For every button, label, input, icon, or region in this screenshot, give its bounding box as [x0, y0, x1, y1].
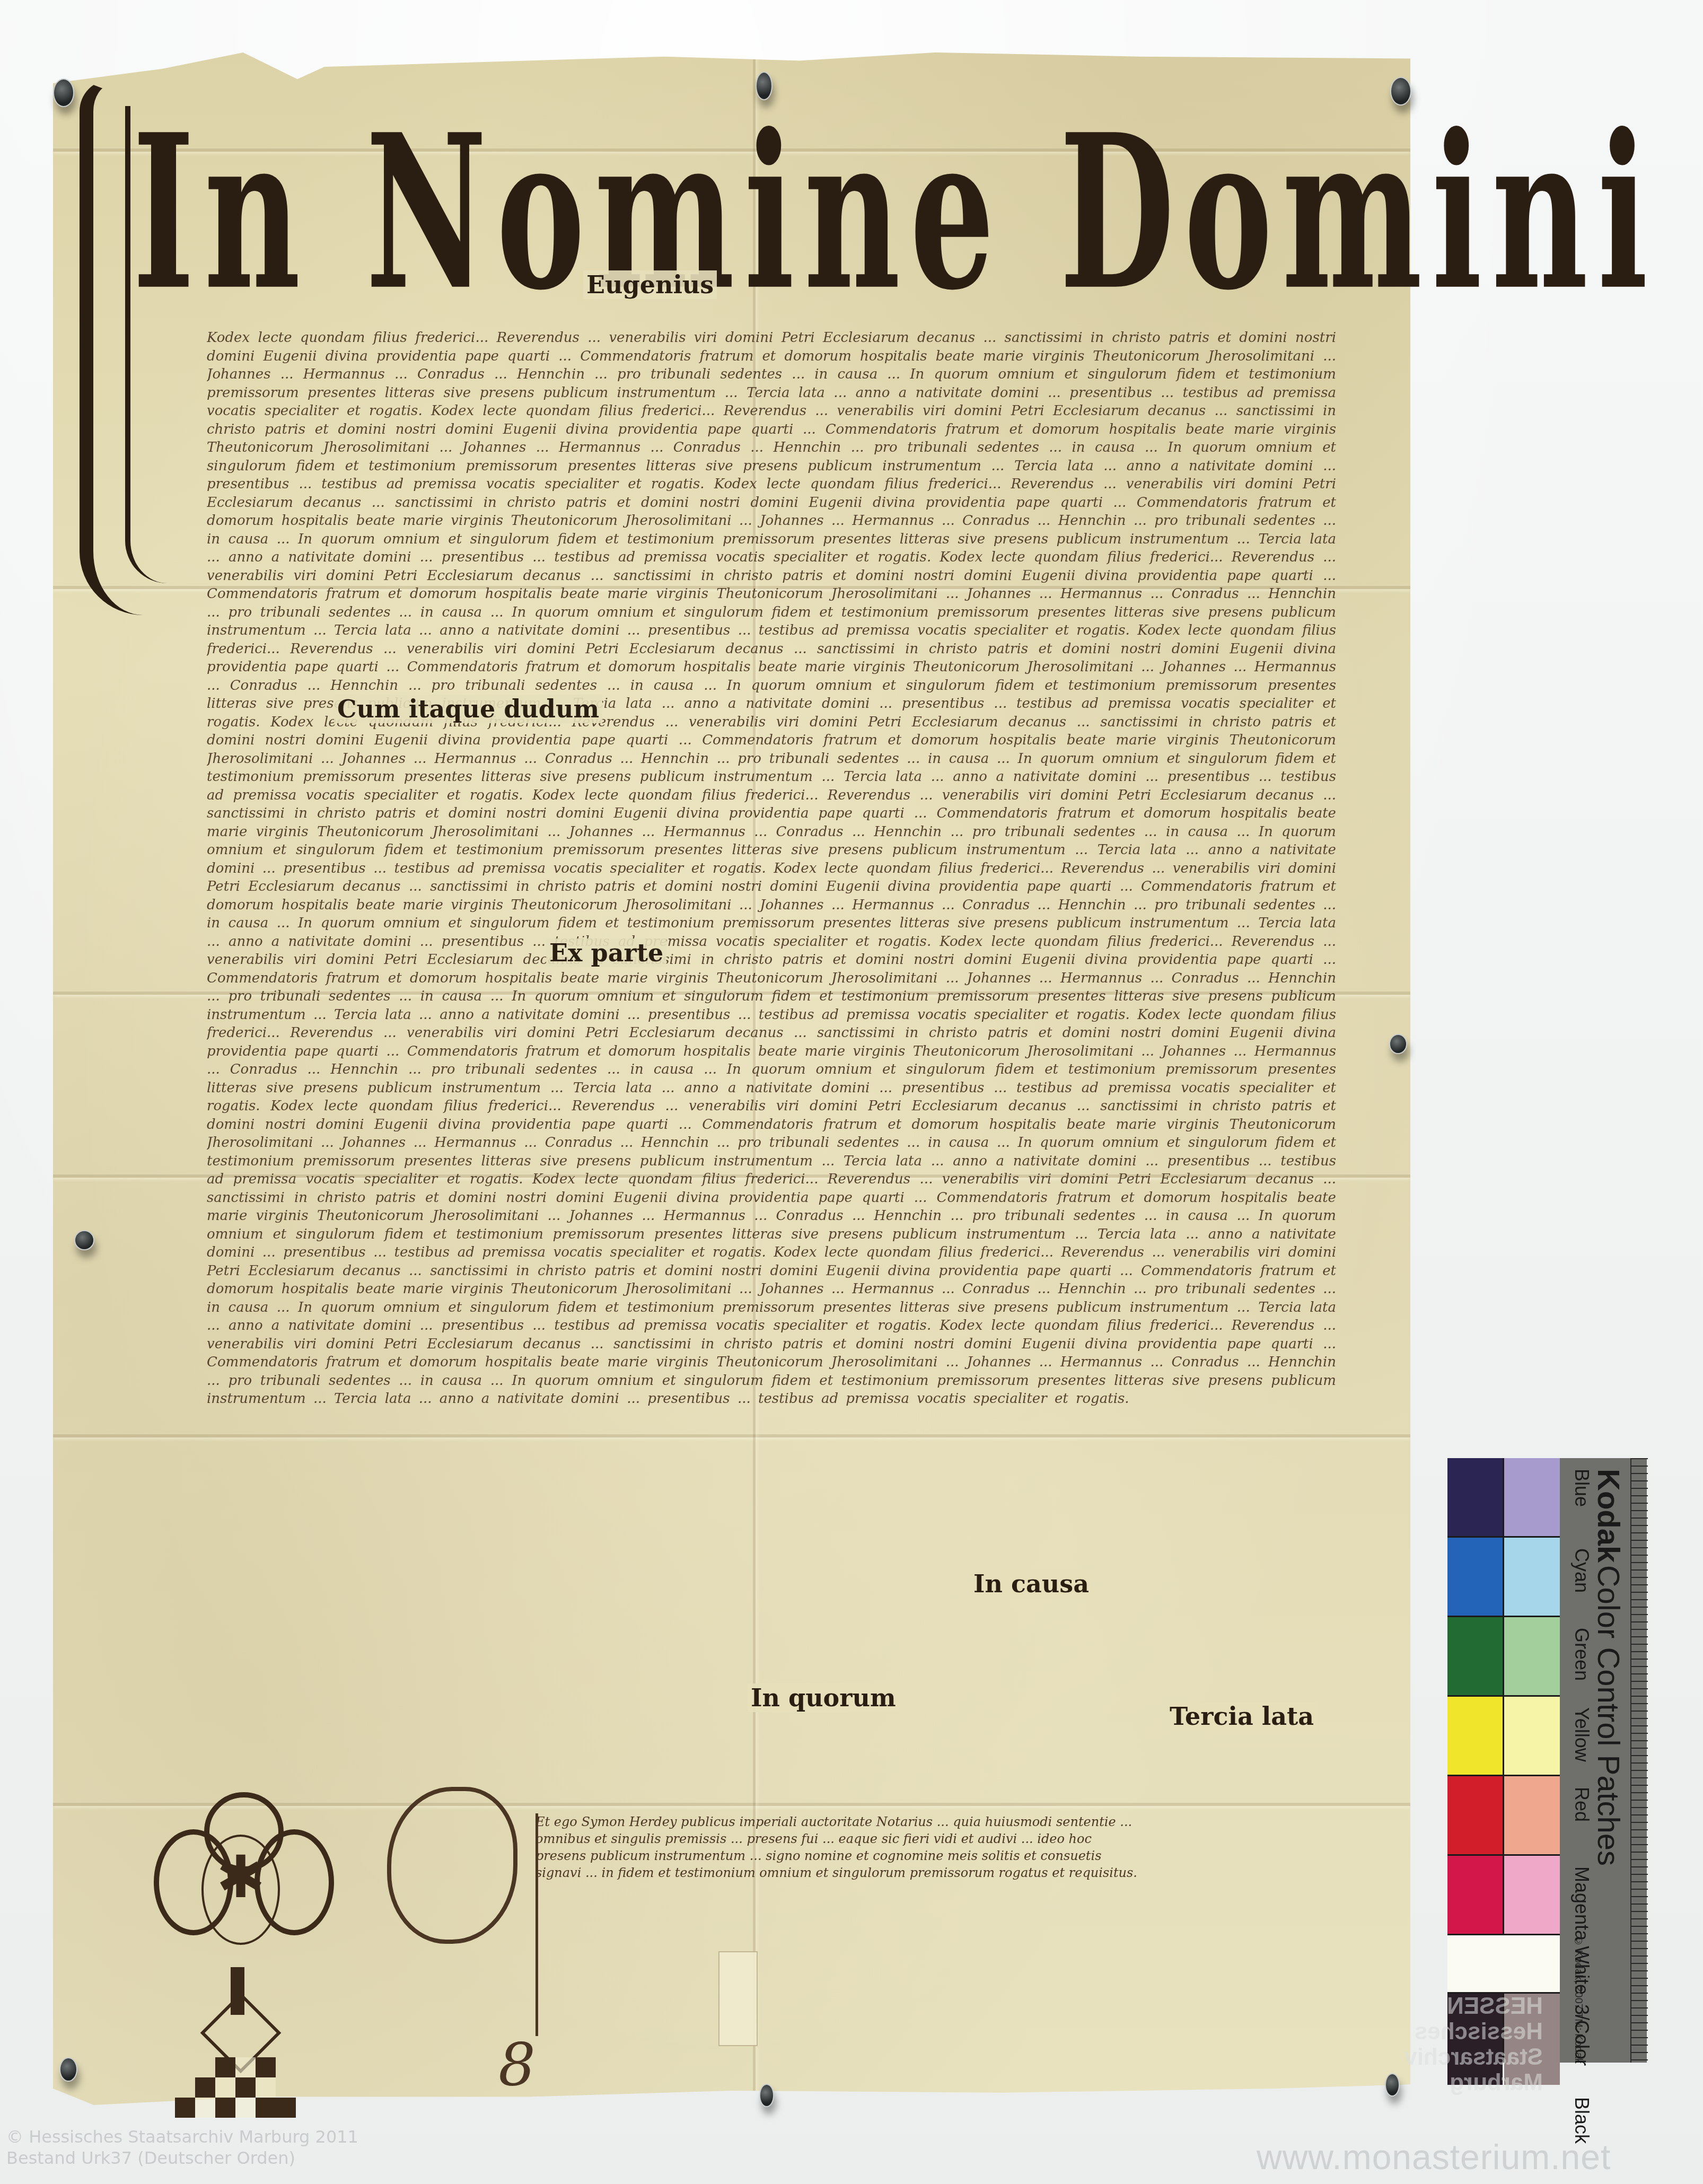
- swatch-label: Red: [1570, 1787, 1593, 1822]
- rubric-word: Cum itaque dudum: [334, 695, 602, 723]
- swatch-label: Blue: [1570, 1469, 1593, 1507]
- checker-cell: [175, 2098, 195, 2118]
- copyright-line-2: Bestand Urk37 (Deutscher Orden): [6, 2147, 358, 2169]
- color-patches: [1447, 1458, 1560, 2063]
- swatch-label: 3/Color: [1570, 2004, 1593, 2066]
- color-patch-green: [1447, 1617, 1560, 1695]
- swatch-label: White: [1570, 1946, 1593, 1995]
- color-patch-red: [1447, 1776, 1560, 1854]
- checkered-base: [175, 2057, 296, 2118]
- notary-subscription: Et ego Symon Herdey publicus imperiali a…: [536, 1813, 1145, 1925]
- swatch-label: Magenta: [1570, 1866, 1593, 1941]
- card-title-text: Color Control Patches: [1591, 1565, 1626, 1866]
- checker-cell: [215, 2077, 235, 2098]
- rubric-word: Eugenius: [583, 270, 717, 299]
- checker-cell: [175, 2077, 195, 2098]
- checker-cell: [276, 2057, 296, 2077]
- color-patch-blue: [1447, 1458, 1560, 1536]
- swatch-label: Cyan: [1570, 1548, 1593, 1593]
- swatch-label: Yellow: [1570, 1707, 1593, 1762]
- checker-cell: [256, 2098, 276, 2118]
- swatch-label: Black: [1570, 2097, 1593, 2144]
- notarial-sign: ✱: [154, 1792, 323, 2126]
- color-patch-magenta: [1447, 1856, 1560, 1934]
- archive-stamp: HESSEN Hessisches Staatsarchiv Marburg: [1421, 1994, 1543, 2100]
- rubric-word: In quorum: [748, 1683, 899, 1712]
- checker-cell: [195, 2098, 215, 2118]
- checker-cell: [276, 2098, 296, 2118]
- color-patch-white: [1447, 1935, 1560, 1992]
- copyright-line-1: © Hessisches Staatsarchiv Marburg 2011: [6, 2126, 358, 2147]
- color-patch-yellow: [1447, 1697, 1560, 1775]
- card-brand: Kodak: [1591, 1469, 1626, 1563]
- checker-cell: [276, 2077, 296, 2098]
- dorsal-mark: 8: [498, 2031, 536, 2099]
- card-title: Kodak Color Control Patches: [1591, 1469, 1626, 1866]
- site-watermark: www.monasterium.net: [1257, 2137, 1611, 2177]
- rubric-word: Tercia lata: [1166, 1702, 1317, 1731]
- checker-cell: [235, 2077, 256, 2098]
- checker-cell: [215, 2098, 235, 2118]
- checker-cell: [195, 2057, 215, 2077]
- mounting-pin: [59, 2057, 77, 2082]
- checker-cell: [235, 2057, 256, 2077]
- checker-cell: [256, 2077, 276, 2098]
- rosette-icon: ✱: [216, 1853, 264, 1901]
- mounting-pin: [1385, 2073, 1400, 2097]
- notary-flourish: [387, 1787, 517, 1944]
- color-patch-cyan: [1447, 1538, 1560, 1616]
- checker-cell: [215, 2057, 235, 2077]
- rubric-word: In causa: [970, 1569, 1092, 1598]
- checker-cell: [235, 2098, 256, 2118]
- checker-cell: [175, 2057, 195, 2077]
- ruler: [1630, 1458, 1648, 2063]
- mounting-pin: [53, 78, 74, 107]
- mounting-pin: [74, 1230, 94, 1250]
- mounting-pin: [759, 2084, 774, 2107]
- copyright-watermark: © Hessisches Staatsarchiv Marburg 2011 B…: [6, 2126, 358, 2169]
- body-text-paragraph: Kodex lecte quondam filius frederici... …: [207, 329, 1336, 1408]
- repair-patch: [718, 1951, 758, 2046]
- charter-heading: In Nomine Domini Amen: [133, 106, 1703, 318]
- checker-cell: [195, 2077, 215, 2098]
- rubric-word: Ex parte: [546, 938, 666, 967]
- checker-cell: [256, 2057, 276, 2077]
- mounting-pin: [1389, 1034, 1407, 1054]
- charter-body-text: Kodex lecte quondam filius frederici... …: [207, 329, 1336, 1787]
- swatch-label: Green: [1570, 1628, 1593, 1681]
